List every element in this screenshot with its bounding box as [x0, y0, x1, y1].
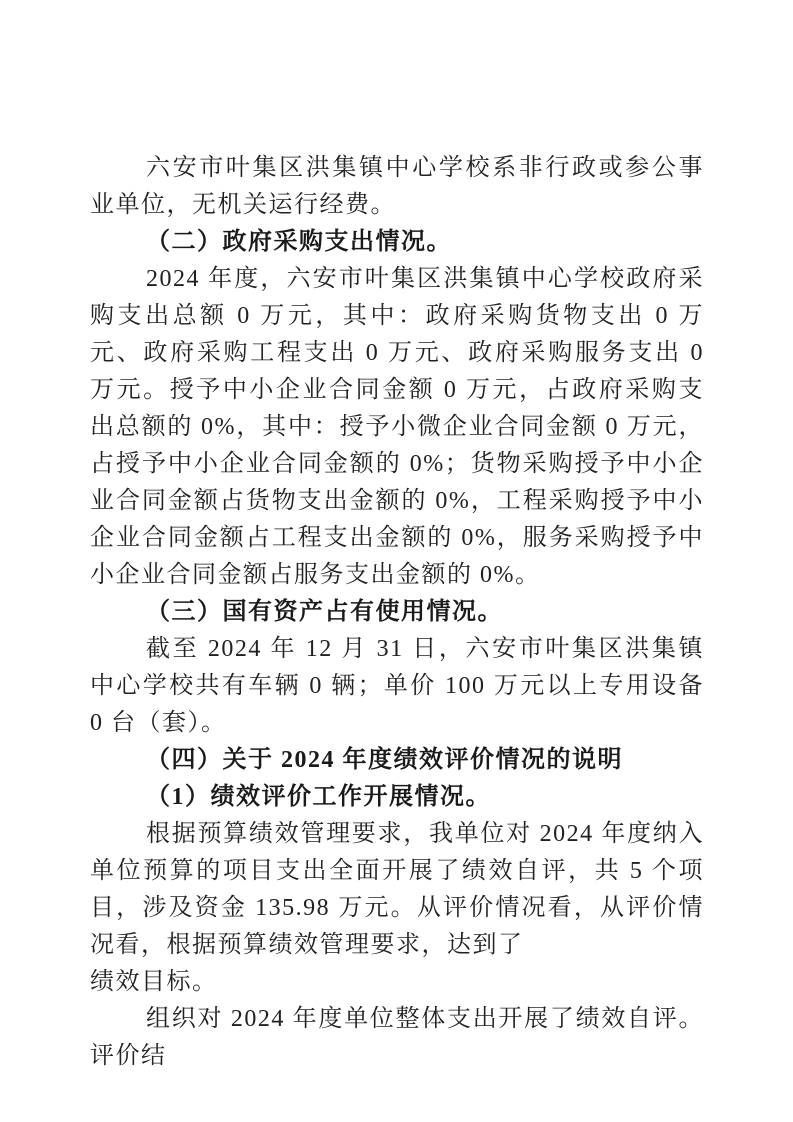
document-body: 六安市叶集区洪集镇中心学校系非行政或参公事业单位，无机关运行经费。 （二）政府采… — [90, 150, 704, 1075]
paragraph-performance-self-evaluation: 根据预算绩效管理要求，我单位对 2024 年度纳入单位预算的项目支出全面开展了绩… — [90, 816, 704, 964]
paragraph-overall-expenditure-evaluation: 组织对 2024 年度单位整体支出开展了绩效自评。评价结 — [90, 1001, 704, 1075]
heading-gov-procurement: （二）政府采购支出情况。 — [90, 224, 704, 261]
paragraph-state-assets-detail: 截至 2024 年 12 月 31 日，六安市叶集区洪集镇中心学校共有车辆 0 … — [90, 631, 704, 742]
heading-state-assets: （三）国有资产占有使用情况。 — [90, 594, 704, 631]
heading-performance-evaluation-work: （1）绩效评价工作开展情况。 — [90, 779, 704, 816]
paragraph-gov-procurement-detail: 2024 年度，六安市叶集区洪集镇中心学校政府采购支出总额 0 万元，其中：政府… — [90, 261, 704, 594]
paragraph-unit-intro: 六安市叶集区洪集镇中心学校系非行政或参公事业单位，无机关运行经费。 — [90, 150, 704, 224]
paragraph-performance-goal: 绩效目标。 — [90, 964, 704, 1001]
heading-performance-evaluation: （四）关于 2024 年度绩效评价情况的说明 — [90, 742, 704, 779]
document-page: 六安市叶集区洪集镇中心学校系非行政或参公事业单位，无机关运行经费。 （二）政府采… — [0, 0, 793, 1122]
